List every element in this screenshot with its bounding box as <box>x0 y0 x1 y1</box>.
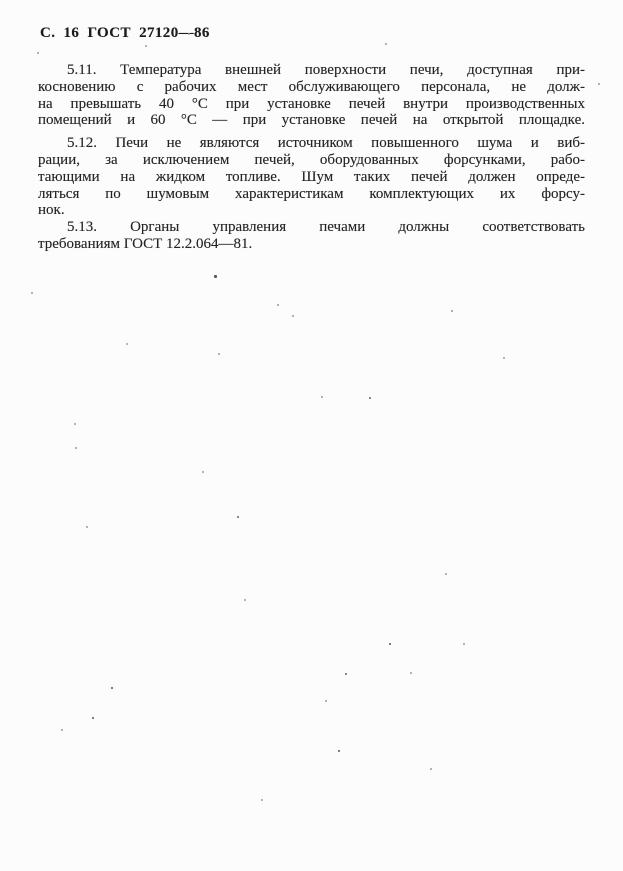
noise-speck <box>277 304 279 306</box>
noise-speck <box>31 292 33 294</box>
noise-speck <box>345 673 347 675</box>
noise-speck <box>202 471 204 473</box>
noise-speck <box>325 700 327 702</box>
noise-speck <box>261 799 263 801</box>
paragraph-5.11: 5.11. Температура внешней поверхности пе… <box>38 62 585 129</box>
noise-speck <box>92 717 94 719</box>
text-line: косновению с рабочих мест обслуживающего… <box>38 79 585 96</box>
text-line: 5.12. Печи не являются источником повыше… <box>38 135 585 152</box>
text-line: требованиям ГОСТ 12.2.064—81. <box>38 236 585 253</box>
noise-speck <box>321 396 323 398</box>
noise-speck <box>214 275 217 278</box>
noise-speck <box>292 315 294 317</box>
paragraph-5.13: 5.13. Органы управления печами должны со… <box>38 219 585 253</box>
text-line: ляться по шумовым характеристикам компле… <box>38 186 585 203</box>
noise-speck <box>410 672 412 674</box>
text-line: помещений и 60 °С — при установке печей … <box>38 112 585 129</box>
text-block: 5.11. Температура внешней поверхности пе… <box>38 62 585 253</box>
noise-speck <box>338 750 340 752</box>
noise-speck <box>463 643 465 645</box>
noise-speck <box>389 643 391 645</box>
page-header: С. 16 ГОСТ 27120—86 <box>40 25 210 42</box>
text-line: рации, за исключением печей, оборудованн… <box>38 152 585 169</box>
noise-speck <box>598 83 600 85</box>
noise-speck <box>188 33 190 35</box>
noise-speck <box>37 52 39 54</box>
text-line: 5.11. Температура внешней поверхности пе… <box>38 62 585 79</box>
noise-speck <box>111 687 113 689</box>
paragraph-5.12: 5.12. Печи не являются источником повыше… <box>38 135 585 219</box>
noise-speck <box>75 447 77 449</box>
noise-speck <box>237 516 239 518</box>
noise-speck <box>86 526 88 528</box>
scanned-document-page: С. 16 ГОСТ 27120—86 5.11. Температура вн… <box>0 0 623 871</box>
noise-speck <box>385 43 387 45</box>
text-line: на превышать 40 °С при установке печей в… <box>38 96 585 113</box>
noise-speck <box>445 573 447 575</box>
noise-speck <box>74 423 76 425</box>
noise-speck <box>451 310 453 312</box>
noise-speck <box>430 768 432 770</box>
noise-speck <box>61 729 63 731</box>
text-line: тающими на жидком топливе. Шум таких печ… <box>38 169 585 186</box>
noise-speck <box>218 353 220 355</box>
noise-speck <box>503 357 505 359</box>
text-line: 5.13. Органы управления печами должны со… <box>38 219 585 236</box>
noise-speck <box>145 45 147 47</box>
text-line: нок. <box>38 202 585 219</box>
noise-speck <box>244 599 246 601</box>
noise-speck <box>126 343 128 345</box>
noise-speck <box>369 397 371 399</box>
